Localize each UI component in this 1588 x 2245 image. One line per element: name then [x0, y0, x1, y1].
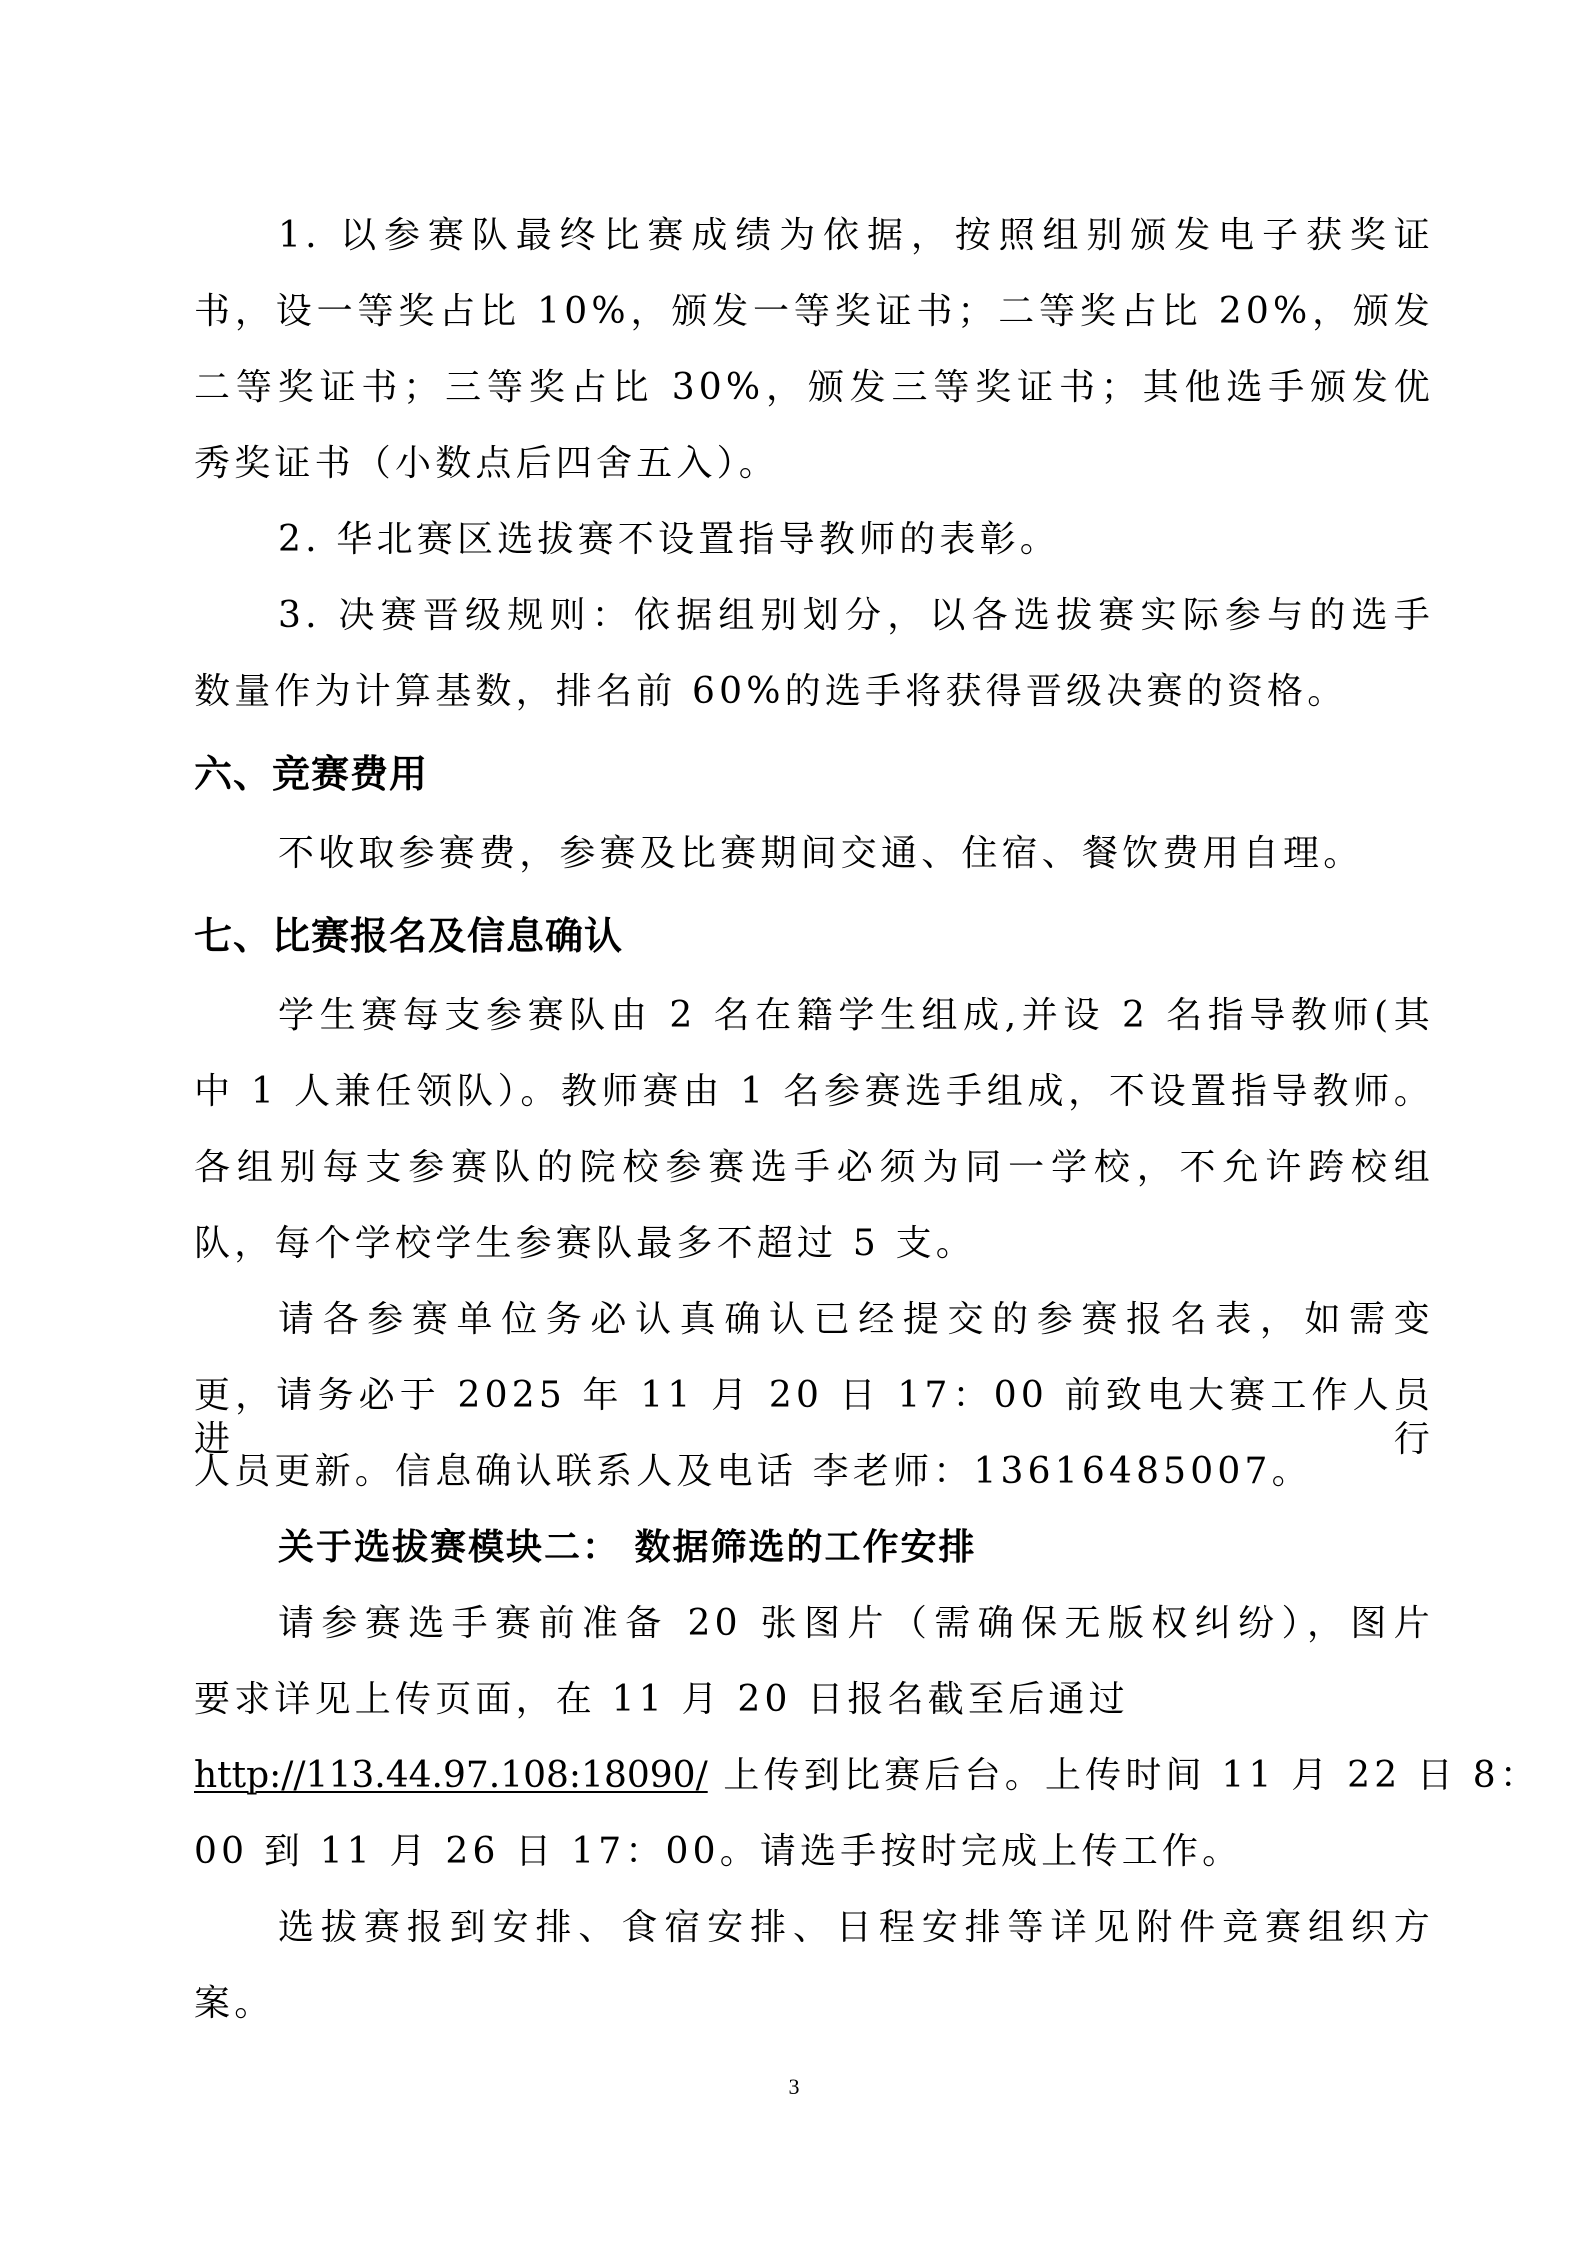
- paragraph-advancement-rules-line-1: 3. 决赛晋级规则：依据组别划分，以各选拔赛实际参与的选手: [278, 594, 1434, 638]
- paragraph-award-rules-line-4: 秀奖证书（小数点后四舍五入）。: [194, 442, 1434, 486]
- paragraph-team-composition-line-4: 队，每个学校学生参赛队最多不超过 5 支。: [194, 1222, 1434, 1266]
- paragraph-fees: 不收取参赛费，参赛及比赛期间交通、住宿、餐饮费用自理。: [278, 832, 1434, 876]
- paragraph-arrangements-line-1: 选拔赛报到安排、食宿安排、日程安排等详见附件竞赛组织方: [278, 1906, 1434, 1950]
- paragraph-award-rules-line-1: 1. 以参赛队最终比赛成绩为依据，按照组别颁发电子获奖证: [278, 214, 1434, 258]
- paragraph-confirm-registration-line-1: 请各参赛单位务必认真确认已经提交的参赛报名表，如需变: [278, 1298, 1434, 1342]
- upload-site-link[interactable]: http://113.44.97.108:18090/: [194, 1755, 708, 1796]
- paragraph-no-teacher-award: 2. 华北赛区选拔赛不设置指导教师的表彰。: [278, 518, 1434, 562]
- upload-link-suffix: 上传到比赛后台。上传时间 11 月 22 日 8：: [708, 1755, 1540, 1796]
- paragraph-image-prep-line-3: http://113.44.97.108:18090/ 上传到比赛后台。上传时间…: [194, 1754, 1434, 1798]
- paragraph-arrangements-line-2: 案。: [194, 1982, 1434, 2026]
- page-number: 3: [0, 2074, 1588, 2100]
- paragraph-award-rules-line-2: 书，设一等奖占比 10%，颁发一等奖证书；二等奖占比 20%，颁发: [194, 290, 1434, 334]
- paragraph-advancement-rules-line-2: 数量作为计算基数，排名前 60%的选手将获得晋级决赛的资格。: [194, 670, 1434, 714]
- paragraph-confirm-registration-line-2: 更，请务必于 2025 年 11 月 20 日 17：00 前致电大赛工作人员进…: [194, 1374, 1434, 1462]
- document-page: 1. 以参赛队最终比赛成绩为依据，按照组别颁发电子获奖证 书，设一等奖占比 10…: [0, 0, 1588, 2245]
- paragraph-team-composition-line-2: 中 1 人兼任领队）。教师赛由 1 名参赛选手组成，不设置指导教师。: [194, 1070, 1434, 1114]
- paragraph-award-rules-line-3: 二等奖证书；三等奖占比 30%，颁发三等奖证书；其他选手颁发优: [194, 366, 1434, 410]
- section-heading-fees: 六、竞赛费用: [194, 752, 428, 796]
- paragraph-team-composition-line-1: 学生赛每支参赛队由 2 名在籍学生组成,并设 2 名指导教师(其: [278, 994, 1434, 1038]
- section-heading-registration: 七、比赛报名及信息确认: [194, 914, 623, 958]
- subheading-module-two: 关于选拔赛模块二： 数据筛选的工作安排: [278, 1526, 977, 1570]
- paragraph-image-prep-line-4: 00 到 11 月 26 日 17：00。请选手按时完成上传工作。: [194, 1830, 1434, 1874]
- paragraph-image-prep-line-1: 请参赛选手赛前准备 20 张图片（需确保无版权纠纷），图片: [278, 1602, 1434, 1646]
- paragraph-team-composition-line-3: 各组别每支参赛队的院校参赛选手必须为同一学校，不允许跨校组: [194, 1146, 1434, 1190]
- paragraph-image-prep-line-2: 要求详见上传页面，在 11 月 20 日报名截至后通过: [194, 1678, 1434, 1722]
- paragraph-confirm-registration-line-3: 人员更新。信息确认联系人及电话 李老师：13616485007。: [194, 1450, 1434, 1494]
